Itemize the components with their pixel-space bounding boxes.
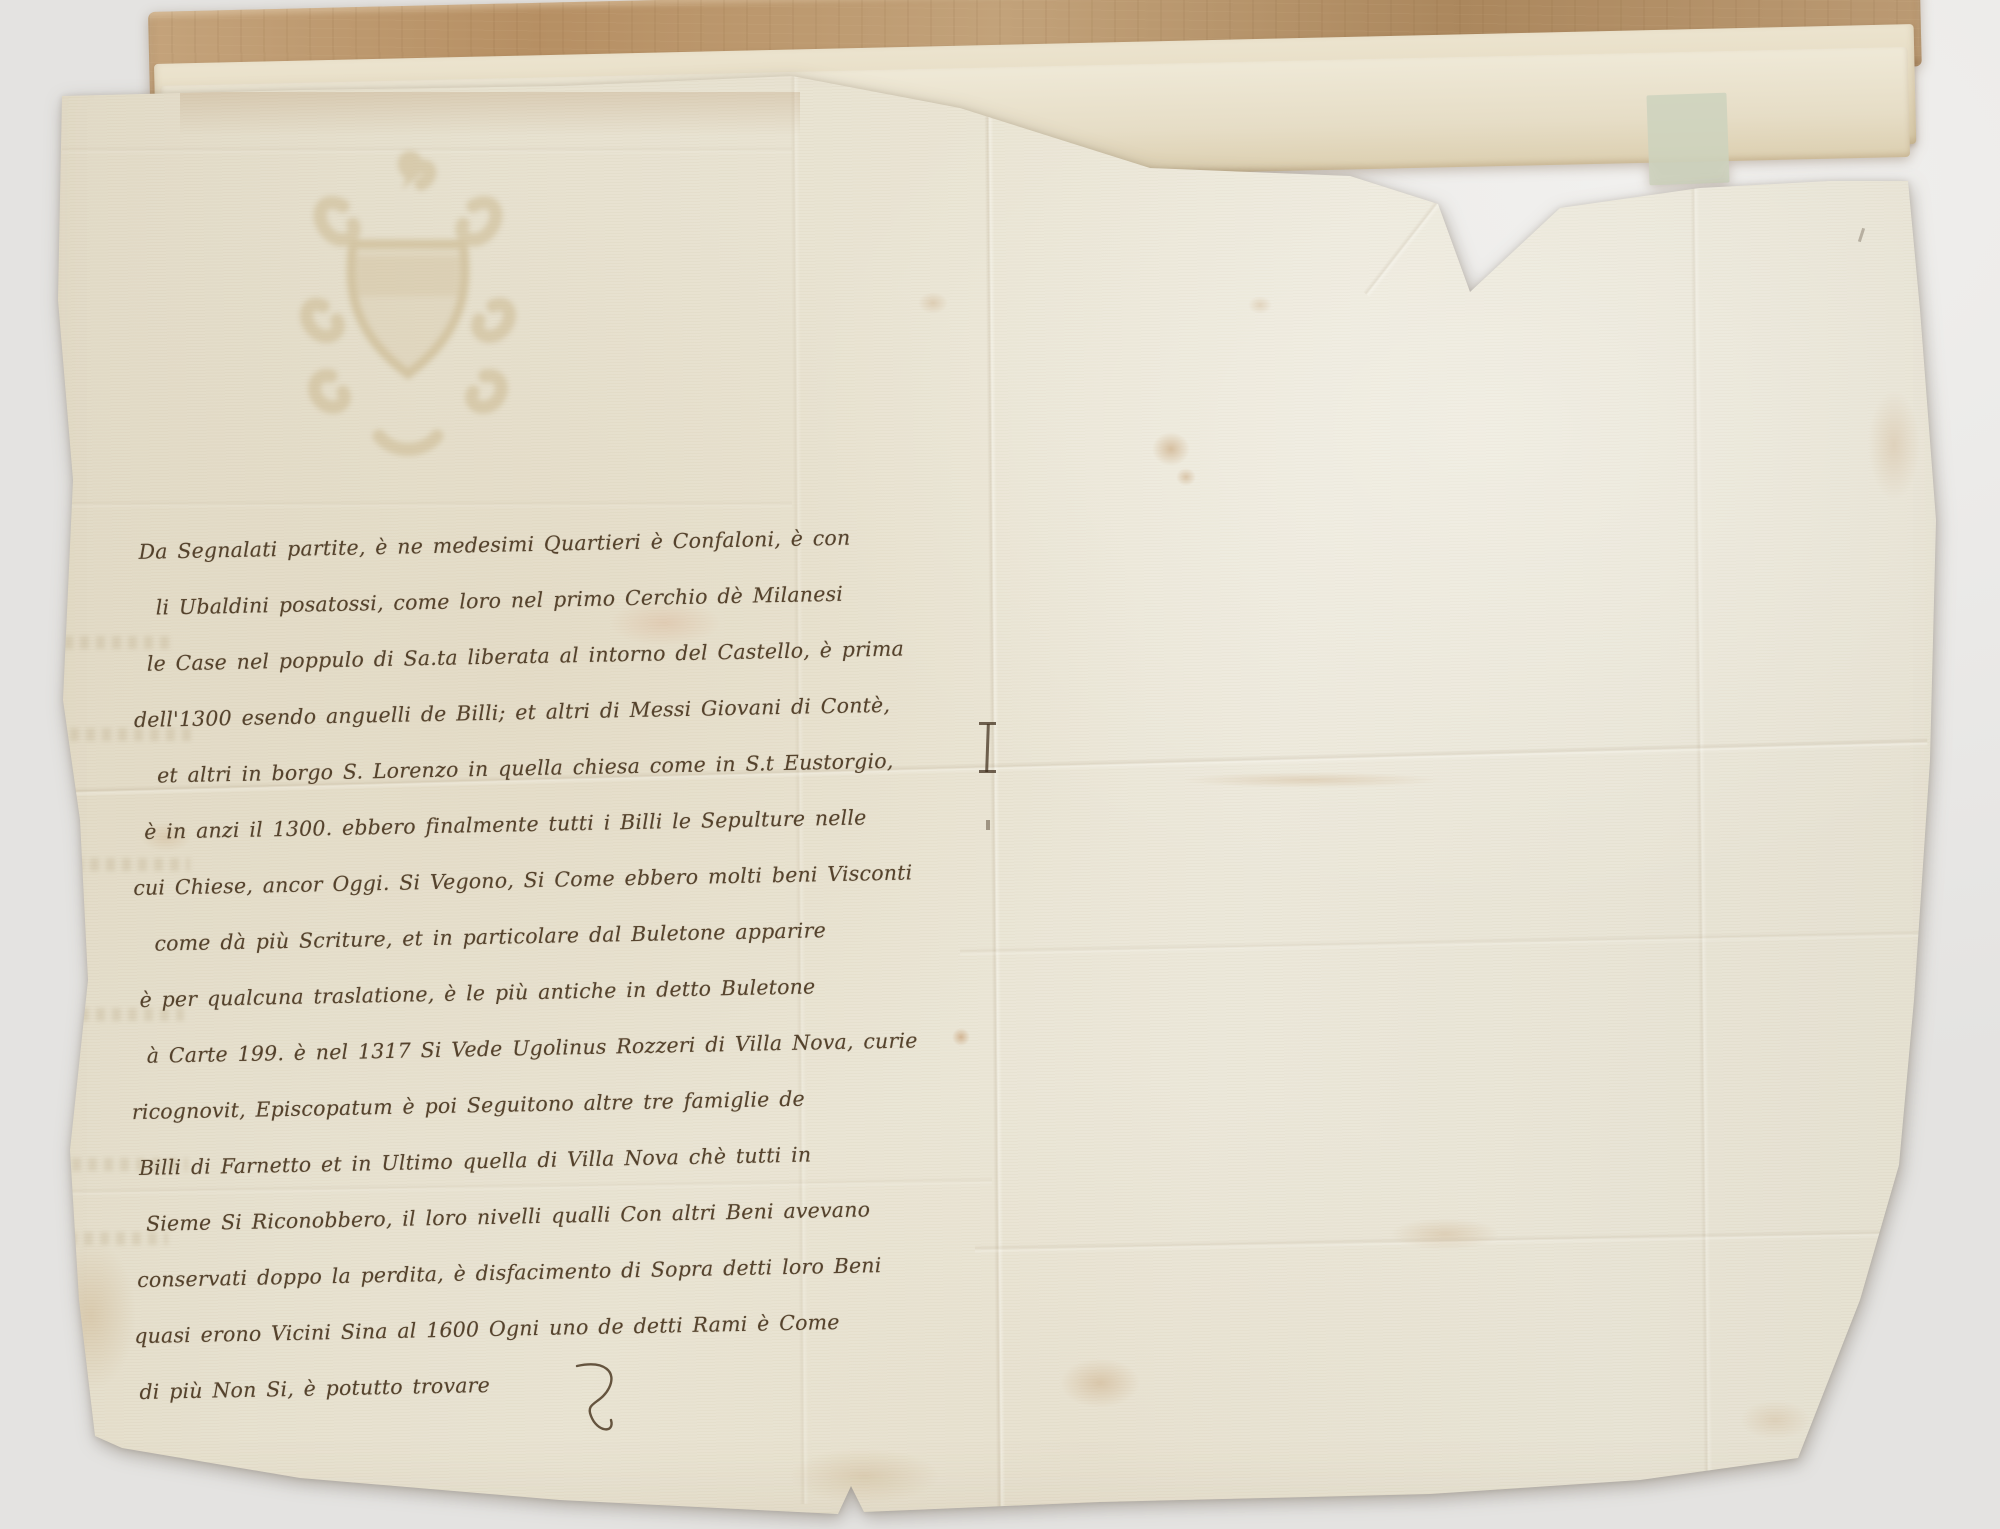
photo-scene: Da Segnalati partite, è ne medesimi Quar… [0,0,2000,1529]
edge-vignette [0,0,2000,1529]
stain [1106,128,1148,150]
manuscript-sheet: Da Segnalati partite, è ne medesimi Quar… [0,0,2000,1529]
manuscript-sheet-wrap: Da Segnalati partite, è ne medesimi Quar… [0,0,2000,1529]
